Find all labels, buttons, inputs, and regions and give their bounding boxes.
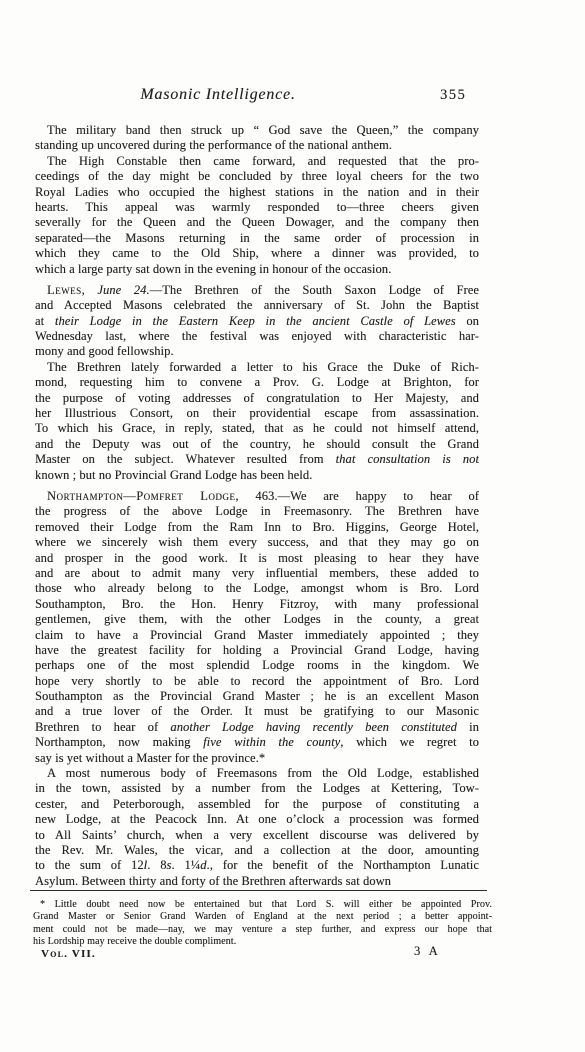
text-segment: hope very shortly to be able to record t… xyxy=(35,674,479,688)
paragraph: Lewes, June 24.—The Brethren of the Sout… xyxy=(35,283,479,360)
volume-label: Vol. VII. xyxy=(41,948,96,960)
text-segment: To which his Grace, in reply, stated, th… xyxy=(35,421,479,435)
text-segment: removed their Lodge from the Ram Inn to … xyxy=(35,520,479,534)
text-segment: their Lodge in the Eastern Keep in the a… xyxy=(55,314,456,328)
text-segment: * Little doubt need now be entertained b… xyxy=(40,899,492,910)
footnote-line: * Little doubt need now be entertained b… xyxy=(33,899,492,911)
paragraph: The High Constable then came forward, an… xyxy=(35,154,479,277)
text-segment: in the town, assisted by a number from t… xyxy=(35,781,479,795)
text-line: cester, and Peterborough, assembled for … xyxy=(35,797,479,812)
text-segment: and the Deputy was out of the country, h… xyxy=(35,437,479,451)
text-segment: the progress of the above Lodge in Freem… xyxy=(35,504,479,518)
footnote-line: Grand Master or Senior Grand Warden of E… xyxy=(33,911,492,923)
text-segment: standing up uncovered during the perform… xyxy=(35,138,392,152)
text-line: new Lodge, at the Peacock Inn. At one o’… xyxy=(35,812,479,827)
text-line: in the town, assisted by a number from t… xyxy=(35,781,479,796)
text-segment: —The Brethren of the South Saxon Lodge o… xyxy=(150,283,479,297)
text-segment: which they came to the Old Ship, where a… xyxy=(35,246,479,260)
text-segment: and prosper in the good work. It is most… xyxy=(35,551,479,565)
text-segment: in xyxy=(457,720,479,734)
text-segment: have the greatest facility for holding a… xyxy=(35,643,479,657)
document-page: Masonic Intelligence. 355 The military b… xyxy=(0,0,585,1052)
text-segment: Brethren to hear of xyxy=(35,720,170,734)
text-line: Asylum. Between thirty and forty of the … xyxy=(35,874,479,889)
text-segment: that consultation is not xyxy=(336,452,479,466)
paragraph: The military band then struck up “ God s… xyxy=(35,123,479,154)
text-segment: , xyxy=(82,283,98,297)
text-segment: Royal Ladies who occupied the highest st… xyxy=(35,185,479,199)
footnote-rule xyxy=(30,890,487,891)
text-segment: mony and good fellowship. xyxy=(35,344,174,358)
text-line: which they came to the Old Ship, where a… xyxy=(35,246,479,261)
footnote: * Little doubt need now be entertained b… xyxy=(33,899,492,949)
text-segment: to the sum of 12 xyxy=(35,858,144,872)
text-segment: the purpose of voting addresses of congr… xyxy=(35,391,479,405)
text-segment: Asylum. Between thirty and forty of the … xyxy=(35,874,391,888)
text-segment: mond, requesting him to convene a Prov. … xyxy=(35,375,479,389)
text-segment: and Accepted Masons celebrated the anniv… xyxy=(35,298,479,312)
text-line: Royal Ladies who occupied the highest st… xyxy=(35,185,479,200)
text-line: standing up uncovered during the perform… xyxy=(35,138,479,153)
text-segment: The High Constable then came forward, an… xyxy=(47,154,479,168)
text-line: perhaps one of the most splendid Lodge r… xyxy=(35,658,479,673)
paragraph: * Little doubt need now be entertained b… xyxy=(33,899,492,949)
text-segment: her Illustrious Consort, on their provid… xyxy=(35,406,479,420)
text-line: To which his Grace, in reply, stated, th… xyxy=(35,421,479,436)
text-segment: to All Saints’ church, when a very excel… xyxy=(35,828,479,842)
text-line: her Illustrious Consort, on their provid… xyxy=(35,406,479,421)
text-segment: The military band then struck up “ God s… xyxy=(47,123,479,137)
text-line: mony and good fellowship. xyxy=(35,344,479,359)
text-segment: Northampton, now making xyxy=(35,735,203,749)
text-line: separated—the Masons returning in the sa… xyxy=(35,231,479,246)
text-segment: known ; but no Provincial Grand Lodge ha… xyxy=(35,468,312,482)
text-segment: which a large party sat down in the even… xyxy=(35,262,391,276)
text-line: Master on the subject. Whatever resulted… xyxy=(35,452,479,467)
text-segment: Grand Master or Senior Grand Warden of E… xyxy=(33,911,492,922)
text-line: the purpose of voting addresses of congr… xyxy=(35,391,479,406)
text-line: The High Constable then came forward, an… xyxy=(35,154,479,169)
footnote-line: ment could not be made—nay, we may ventu… xyxy=(33,924,492,936)
text-segment: Lewes xyxy=(47,283,82,297)
text-segment: ment could not be made—nay, we may ventu… xyxy=(33,924,492,935)
text-line: at their Lodge in the Eastern Keep in th… xyxy=(35,314,479,329)
text-segment: on xyxy=(456,314,479,328)
article-body: The military band then struck up “ God s… xyxy=(35,123,479,889)
text-line: Wednesday last, where the festival was e… xyxy=(35,329,479,344)
text-line: Southampton as the Provincial Grand Mast… xyxy=(35,689,479,704)
text-line: A most numerous body of Freemasons from … xyxy=(35,766,479,781)
text-segment: cester, and Peterborough, assembled for … xyxy=(35,797,479,811)
signature-mark: 3 A xyxy=(414,944,441,959)
text-line: hope very shortly to be able to record t… xyxy=(35,674,479,689)
text-line: have the greatest facility for holding a… xyxy=(35,643,479,658)
text-segment: . 1¼ xyxy=(171,858,200,872)
text-segment: where we sincerely wish them every succe… xyxy=(35,535,479,549)
text-line: where we sincerely wish them every succe… xyxy=(35,535,479,550)
text-segment: severally for the Queen and the Queen Do… xyxy=(35,215,479,229)
text-segment: and are about to admit many very influen… xyxy=(35,566,479,580)
text-line: Northampton—Pomfret Lodge, 463.—We are h… xyxy=(35,489,479,504)
text-line: and the Deputy was out of the country, h… xyxy=(35,437,479,452)
text-line: Lewes, June 24.—The Brethren of the Sout… xyxy=(35,283,479,298)
text-segment: at xyxy=(35,314,55,328)
text-line: removed their Lodge from the Ram Inn to … xyxy=(35,520,479,535)
text-segment: . 8 xyxy=(147,858,166,872)
text-line: gentlemen, give them, with the other Lod… xyxy=(35,612,479,627)
text-segment: perhaps one of the most splendid Lodge r… xyxy=(35,658,479,672)
paragraph: The Brethren lately forwarded a letter t… xyxy=(35,360,479,483)
text-segment: The Brethren lately forwarded a letter t… xyxy=(47,360,479,374)
text-line: to All Saints’ church, when a very excel… xyxy=(35,828,479,843)
text-segment: the Rev. Mr. Wales, the vicar, and a col… xyxy=(35,843,479,857)
paragraph: A most numerous body of Freemasons from … xyxy=(35,766,479,889)
text-line: severally for the Queen and the Queen Do… xyxy=(35,215,479,230)
text-segment: , which we regret to xyxy=(340,735,479,749)
text-line: Northampton, now making five within the … xyxy=(35,735,479,750)
text-segment: A most numerous body of Freemasons from … xyxy=(47,766,479,780)
text-line: mond, requesting him to convene a Prov. … xyxy=(35,375,479,390)
text-segment: five within the county xyxy=(203,735,340,749)
text-line: those who already belong to the Lodge, a… xyxy=(35,581,479,596)
text-line: and prosper in the good work. It is most… xyxy=(35,551,479,566)
text-segment: claim to have a Provincial Grand Master … xyxy=(35,628,479,642)
text-line: and a true lover of the Order. It must b… xyxy=(35,704,479,719)
text-line: and Accepted Masons celebrated the anniv… xyxy=(35,298,479,313)
text-line: to the sum of 12l. 8s. 1¼d., for the ben… xyxy=(35,858,479,873)
paragraph: Northampton—Pomfret Lodge, 463.—We are h… xyxy=(35,489,479,766)
text-segment: those who already belong to the Lodge, a… xyxy=(35,581,479,595)
page-number: 355 xyxy=(440,87,466,104)
text-segment: Southampton as the Provincial Grand Mast… xyxy=(35,689,479,703)
text-line: Brethren to hear of another Lodge having… xyxy=(35,720,479,735)
text-line: the progress of the above Lodge in Freem… xyxy=(35,504,479,519)
text-line: which a large party sat down in the even… xyxy=(35,262,479,277)
text-line: ceedings of the day might be concluded b… xyxy=(35,169,479,184)
text-line: Southampton, Bro. the Hon. Henry Fitzroy… xyxy=(35,597,479,612)
text-line: claim to have a Provincial Grand Master … xyxy=(35,628,479,643)
text-line: and are about to admit many very influen… xyxy=(35,566,479,581)
text-segment: say is yet without a Master for the prov… xyxy=(35,751,265,765)
text-line: say is yet without a Master for the prov… xyxy=(35,751,479,766)
running-title: Masonic Intelligence. xyxy=(0,86,436,104)
text-segment: , 463.—We are happy to hear of xyxy=(235,489,479,503)
text-line: the Rev. Mr. Wales, the vicar, and a col… xyxy=(35,843,479,858)
text-segment: gentlemen, give them, with the other Lod… xyxy=(35,612,479,626)
text-segment: Wednesday last, where the festival was e… xyxy=(35,329,479,343)
text-segment: and a true lover of the Order. It must b… xyxy=(35,704,479,718)
text-segment: Southampton, Bro. the Hon. Henry Fitzroy… xyxy=(35,597,479,611)
text-segment: ceedings of the day might be concluded b… xyxy=(35,169,479,183)
text-segment: new Lodge, at the Peacock Inn. At one o’… xyxy=(35,812,479,826)
text-segment: ., for the benefit of the Northampton Lu… xyxy=(207,858,479,872)
text-segment: hearts. This appeal was warmly responded… xyxy=(35,200,479,214)
text-line: known ; but no Provincial Grand Lodge ha… xyxy=(35,468,479,483)
text-segment: June 24. xyxy=(97,283,149,297)
text-segment: separated—the Masons returning in the sa… xyxy=(35,231,479,245)
text-line: hearts. This appeal was warmly responded… xyxy=(35,200,479,215)
text-segment: his Lordship may receive the double comp… xyxy=(33,936,236,947)
text-segment: another Lodge having recently been const… xyxy=(170,720,456,734)
text-line: The Brethren lately forwarded a letter t… xyxy=(35,360,479,375)
text-segment: Master on the subject. Whatever resulted… xyxy=(35,452,336,466)
text-segment: Northampton—Pomfret Lodge xyxy=(47,489,235,503)
text-line: The military band then struck up “ God s… xyxy=(35,123,479,138)
